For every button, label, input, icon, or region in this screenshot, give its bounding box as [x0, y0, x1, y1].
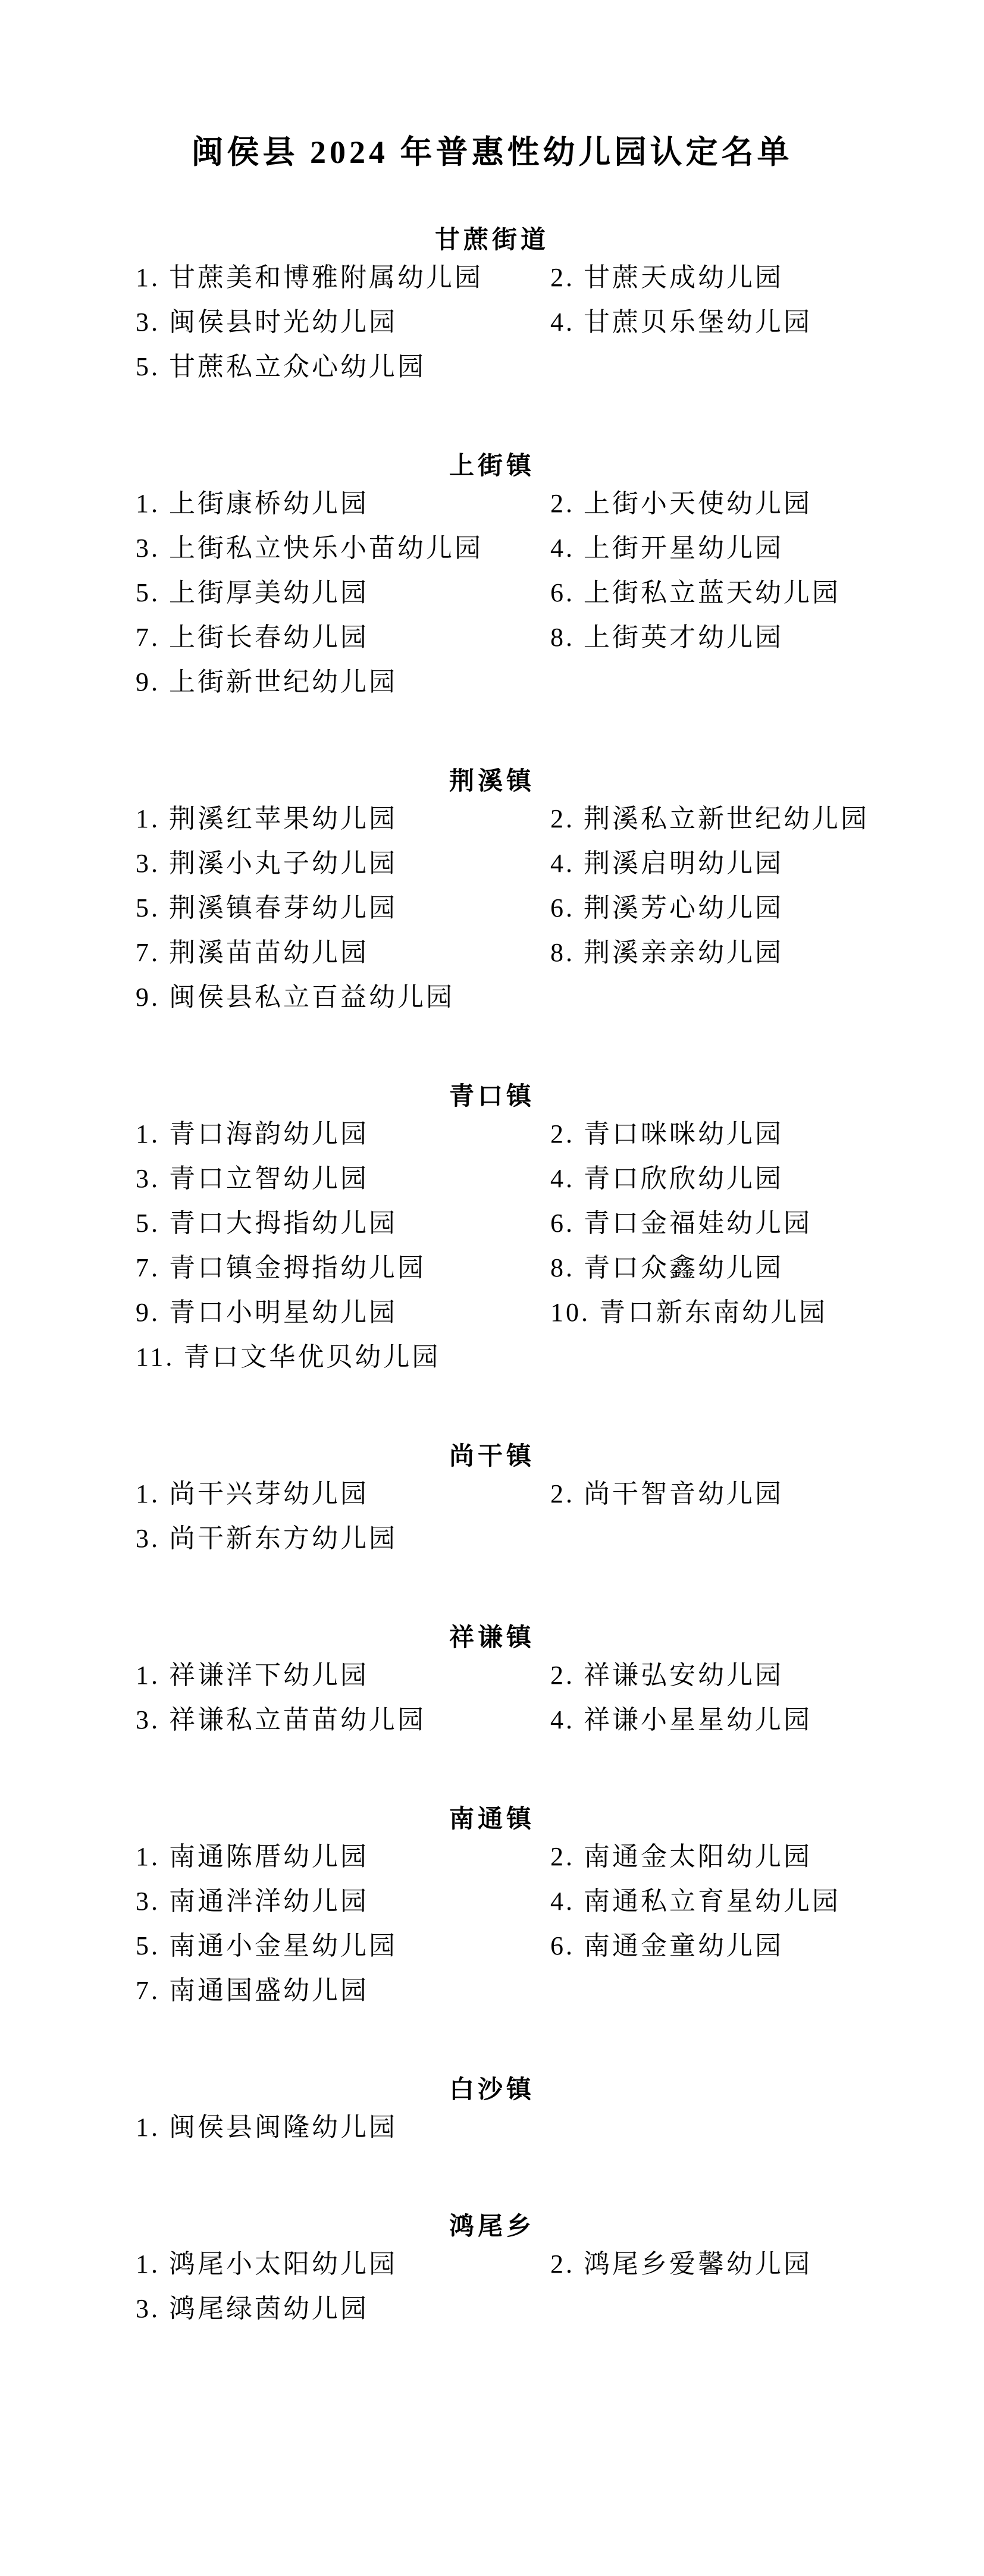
list-item: 8. 荆溪亲亲幼儿园: [550, 930, 966, 975]
item-row: 9. 青口小明星幼儿园10. 青口新东南幼儿园: [136, 1290, 966, 1335]
list-item: 1. 甘蔗美和博雅附属幼儿园: [136, 255, 550, 300]
section-items: 1. 上街康桥幼儿园2. 上街小天使幼儿园3. 上街私立快乐小苗幼儿园4. 上街…: [0, 481, 984, 704]
section-5: 尚干镇1. 尚干兴芽幼儿园2. 尚干智音幼儿园3. 尚干新东方幼儿园: [0, 1441, 984, 1561]
item-row: 7. 荆溪苗苗幼儿园8. 荆溪亲亲幼儿园: [136, 930, 966, 975]
list-item: 4. 甘蔗贝乐堡幼儿园: [550, 300, 966, 344]
section-title: 鸿尾乡: [0, 2211, 984, 2242]
list-item: 6. 青口金福娃幼儿园: [550, 1201, 966, 1245]
section-3: 荆溪镇1. 荆溪红苹果幼儿园2. 荆溪私立新世纪幼儿园3. 荆溪小丸子幼儿园4.…: [0, 765, 984, 1019]
list-item: 8. 青口众鑫幼儿园: [550, 1245, 966, 1290]
list-item: 3. 鸿尾绿茵幼儿园: [136, 2286, 550, 2331]
item-row: 3. 尚干新东方幼儿园: [136, 1516, 966, 1561]
list-item: 3. 尚干新东方幼儿园: [136, 1516, 550, 1561]
item-row: 11. 青口文华优贝幼儿园: [136, 1335, 966, 1379]
list-item: 5. 甘蔗私立众心幼儿园: [136, 344, 550, 389]
item-row: 7. 青口镇金拇指幼儿园8. 青口众鑫幼儿园: [136, 1245, 966, 1290]
sections-container: 甘蔗街道1. 甘蔗美和博雅附属幼儿园2. 甘蔗天成幼儿园3. 闽侯县时光幼儿园4…: [0, 224, 984, 2331]
list-item: 9. 青口小明星幼儿园: [136, 1290, 550, 1335]
list-item: 3. 南通泮洋幼儿园: [136, 1879, 550, 1924]
list-item: 5. 南通小金星幼儿园: [136, 1924, 550, 1968]
document-page: 闽侯县 2024 年普惠性幼儿园认定名单 甘蔗街道1. 甘蔗美和博雅附属幼儿园2…: [0, 0, 984, 2576]
item-row: 5. 荆溪镇春芽幼儿园6. 荆溪芳心幼儿园: [136, 886, 966, 930]
section-6: 祥谦镇1. 祥谦洋下幼儿园2. 祥谦弘安幼儿园3. 祥谦私立苗苗幼儿园4. 祥谦…: [0, 1622, 984, 1742]
section-7: 南通镇1. 南通陈厝幼儿园2. 南通金太阳幼儿园3. 南通泮洋幼儿园4. 南通私…: [0, 1803, 984, 2013]
section-items: 1. 甘蔗美和博雅附属幼儿园2. 甘蔗天成幼儿园3. 闽侯县时光幼儿园4. 甘蔗…: [0, 255, 984, 389]
list-item: 1. 荆溪红苹果幼儿园: [136, 796, 550, 841]
section-1: 甘蔗街道1. 甘蔗美和博雅附属幼儿园2. 甘蔗天成幼儿园3. 闽侯县时光幼儿园4…: [0, 224, 984, 389]
list-item: 2. 祥谦弘安幼儿园: [550, 1653, 966, 1698]
section-title: 尚干镇: [0, 1441, 984, 1471]
list-item: 6. 上街私立蓝天幼儿园: [550, 570, 966, 615]
list-item: 2. 荆溪私立新世纪幼儿园: [550, 796, 966, 841]
list-item: 1. 青口海韵幼儿园: [136, 1112, 550, 1156]
list-item: 3. 青口立智幼儿园: [136, 1156, 550, 1201]
list-item: 2. 尚干智音幼儿园: [550, 1471, 966, 1516]
list-item: 1. 鸿尾小太阳幼儿园: [136, 2242, 550, 2286]
list-item: 4. 上街开星幼儿园: [550, 526, 966, 570]
list-item: 1. 祥谦洋下幼儿园: [136, 1653, 550, 1698]
item-row: 1. 上街康桥幼儿园2. 上街小天使幼儿园: [136, 481, 966, 526]
list-item: 3. 荆溪小丸子幼儿园: [136, 841, 550, 886]
item-row: 3. 上街私立快乐小苗幼儿园4. 上街开星幼儿园: [136, 526, 966, 570]
item-row: 1. 荆溪红苹果幼儿园2. 荆溪私立新世纪幼儿园: [136, 796, 966, 841]
list-item: 2. 南通金太阳幼儿园: [550, 1834, 966, 1879]
item-row: 1. 南通陈厝幼儿园2. 南通金太阳幼儿园: [136, 1834, 966, 1879]
section-items: 1. 青口海韵幼儿园2. 青口咪咪幼儿园3. 青口立智幼儿园4. 青口欣欣幼儿园…: [0, 1112, 984, 1379]
section-items: 1. 荆溪红苹果幼儿园2. 荆溪私立新世纪幼儿园3. 荆溪小丸子幼儿园4. 荆溪…: [0, 796, 984, 1019]
section-items: 1. 尚干兴芽幼儿园2. 尚干智音幼儿园3. 尚干新东方幼儿园: [0, 1471, 984, 1561]
list-item: 3. 闽侯县时光幼儿园: [136, 300, 550, 344]
section-title: 白沙镇: [0, 2074, 984, 2105]
list-item: 8. 上街英才幼儿园: [550, 615, 966, 660]
list-item: 6. 南通金童幼儿园: [550, 1924, 966, 1968]
item-row: 1. 青口海韵幼儿园2. 青口咪咪幼儿园: [136, 1112, 966, 1156]
item-row: 3. 祥谦私立苗苗幼儿园4. 祥谦小星星幼儿园: [136, 1698, 966, 1742]
item-row: 1. 闽侯县闽隆幼儿园: [136, 2105, 966, 2150]
list-item: 10. 青口新东南幼儿园: [550, 1290, 966, 1335]
list-item: 1. 尚干兴芽幼儿园: [136, 1471, 550, 1516]
section-4: 青口镇1. 青口海韵幼儿园2. 青口咪咪幼儿园3. 青口立智幼儿园4. 青口欣欣…: [0, 1081, 984, 1379]
list-item: 7. 青口镇金拇指幼儿园: [136, 1245, 550, 1290]
section-title: 荆溪镇: [0, 765, 984, 796]
item-row: 1. 祥谦洋下幼儿园2. 祥谦弘安幼儿园: [136, 1653, 966, 1698]
item-row: 3. 闽侯县时光幼儿园4. 甘蔗贝乐堡幼儿园: [136, 300, 966, 344]
section-items: 1. 祥谦洋下幼儿园2. 祥谦弘安幼儿园3. 祥谦私立苗苗幼儿园4. 祥谦小星星…: [0, 1653, 984, 1742]
item-row: 1. 尚干兴芽幼儿园2. 尚干智音幼儿园: [136, 1471, 966, 1516]
item-row: 9. 上街新世纪幼儿园: [136, 660, 966, 704]
document-title: 闽侯县 2024 年普惠性幼儿园认定名单: [0, 134, 984, 171]
list-item: 1. 闽侯县闽隆幼儿园: [136, 2105, 550, 2150]
item-row: 3. 荆溪小丸子幼儿园4. 荆溪启明幼儿园: [136, 841, 966, 886]
list-item: 11. 青口文华优贝幼儿园: [136, 1335, 550, 1379]
list-item: 2. 甘蔗天成幼儿园: [550, 255, 966, 300]
item-row: 7. 南通国盛幼儿园: [136, 1968, 966, 2013]
list-item: 4. 青口欣欣幼儿园: [550, 1156, 966, 1201]
list-item: 9. 上街新世纪幼儿园: [136, 660, 550, 704]
list-item: 4. 南通私立育星幼儿园: [550, 1879, 966, 1924]
section-title: 上街镇: [0, 450, 984, 481]
list-item: 2. 鸿尾乡爱馨幼儿园: [550, 2242, 966, 2286]
list-item: 4. 荆溪启明幼儿园: [550, 841, 966, 886]
item-row: 5. 青口大拇指幼儿园6. 青口金福娃幼儿园: [136, 1201, 966, 1245]
item-row: 3. 青口立智幼儿园4. 青口欣欣幼儿园: [136, 1156, 966, 1201]
list-item: 9. 闽侯县私立百益幼儿园: [136, 975, 550, 1019]
item-row: 1. 鸿尾小太阳幼儿园2. 鸿尾乡爱馨幼儿园: [136, 2242, 966, 2286]
list-item: 2. 上街小天使幼儿园: [550, 481, 966, 526]
list-item: 7. 荆溪苗苗幼儿园: [136, 930, 550, 975]
list-item: 4. 祥谦小星星幼儿园: [550, 1698, 966, 1742]
item-row: 3. 南通泮洋幼儿园4. 南通私立育星幼儿园: [136, 1879, 966, 1924]
section-2: 上街镇1. 上街康桥幼儿园2. 上街小天使幼儿园3. 上街私立快乐小苗幼儿园4.…: [0, 450, 984, 704]
item-row: 5. 南通小金星幼儿园6. 南通金童幼儿园: [136, 1924, 966, 1968]
list-item: 2. 青口咪咪幼儿园: [550, 1112, 966, 1156]
list-item: 7. 南通国盛幼儿园: [136, 1968, 550, 2013]
list-item: 1. 南通陈厝幼儿园: [136, 1834, 550, 1879]
item-row: 5. 上街厚美幼儿园6. 上街私立蓝天幼儿园: [136, 570, 966, 615]
list-item: 5. 青口大拇指幼儿园: [136, 1201, 550, 1245]
section-title: 甘蔗街道: [0, 224, 984, 255]
section-items: 1. 南通陈厝幼儿园2. 南通金太阳幼儿园3. 南通泮洋幼儿园4. 南通私立育星…: [0, 1834, 984, 2013]
section-8: 白沙镇1. 闽侯县闽隆幼儿园: [0, 2074, 984, 2150]
section-items: 1. 闽侯县闽隆幼儿园: [0, 2105, 984, 2150]
list-item: 6. 荆溪芳心幼儿园: [550, 886, 966, 930]
section-title: 南通镇: [0, 1803, 984, 1834]
list-item: 3. 祥谦私立苗苗幼儿园: [136, 1698, 550, 1742]
list-item: 3. 上街私立快乐小苗幼儿园: [136, 526, 550, 570]
section-title: 青口镇: [0, 1081, 984, 1112]
item-row: 7. 上街长春幼儿园8. 上街英才幼儿园: [136, 615, 966, 660]
section-title: 祥谦镇: [0, 1622, 984, 1653]
item-row: 3. 鸿尾绿茵幼儿园: [136, 2286, 966, 2331]
list-item: 5. 荆溪镇春芽幼儿园: [136, 886, 550, 930]
section-items: 1. 鸿尾小太阳幼儿园2. 鸿尾乡爱馨幼儿园3. 鸿尾绿茵幼儿园: [0, 2242, 984, 2331]
item-row: 9. 闽侯县私立百益幼儿园: [136, 975, 966, 1019]
item-row: 5. 甘蔗私立众心幼儿园: [136, 344, 966, 389]
item-row: 1. 甘蔗美和博雅附属幼儿园2. 甘蔗天成幼儿园: [136, 255, 966, 300]
section-9: 鸿尾乡1. 鸿尾小太阳幼儿园2. 鸿尾乡爱馨幼儿园3. 鸿尾绿茵幼儿园: [0, 2211, 984, 2331]
list-item: 1. 上街康桥幼儿园: [136, 481, 550, 526]
list-item: 5. 上街厚美幼儿园: [136, 570, 550, 615]
list-item: 7. 上街长春幼儿园: [136, 615, 550, 660]
